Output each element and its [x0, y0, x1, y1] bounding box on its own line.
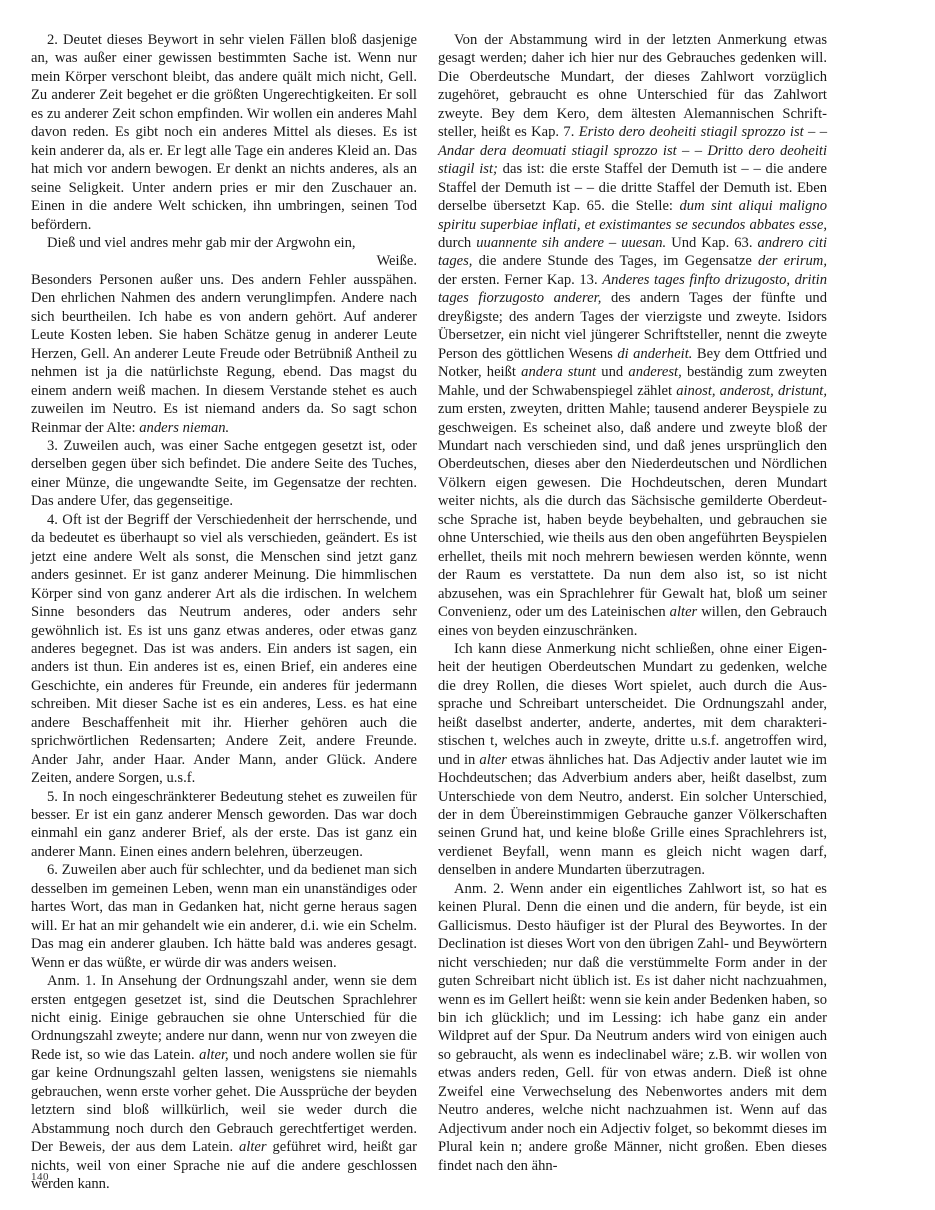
italic-quotation: anderest, — [628, 364, 681, 380]
etymology-paragraph: Von der Abstammung wird in der letzten A… — [438, 31, 827, 640]
verse-quote: Dieß und viel andres mehr gab mir der Ar… — [31, 234, 417, 252]
paragraph-5: 5. In noch eingeschränkterer Bedeutung s… — [31, 788, 417, 862]
quote-text: Dieß und viel andres mehr gab mir der Ar… — [47, 235, 356, 251]
paragraph-4: 4. Oft ist der Begriff der Verschiedenhe… — [31, 511, 417, 788]
paragraph-text: Anm. 2. Wenn ander ein eigentliches Zahl… — [438, 881, 827, 1174]
paragraph-text: Ich kann diese Anmerkung nicht schließen… — [438, 641, 827, 768]
italic-quotation: der erirum, — [758, 253, 827, 269]
paragraph-text: der ersten. Ferner Kap. 13. — [438, 272, 598, 288]
italic-quotation: di anderheit. — [617, 346, 692, 362]
left-column: 2. Deutet dieses Beywort in sehr vielen … — [31, 31, 417, 1194]
paragraph-text: die andere Stunde des Tages, im Gegensat… — [479, 253, 752, 269]
annotation-2: Anm. 2. Wenn ander ein eigentliches Zahl… — [438, 880, 827, 1175]
attribution-text: Weiße. — [376, 253, 417, 269]
italic-quotation: uuannente sih andere – uuesan. — [476, 235, 666, 251]
quote-attribution: Weiße. — [31, 252, 417, 270]
paragraph-text: zum ersten, zwey­ten, dritten Mahle; tau… — [438, 401, 827, 620]
page-number: 140 — [31, 1171, 49, 1183]
paragraph-text: durch — [438, 235, 471, 251]
paragraph-text: 4. Oft ist der Begriff der Verschiedenhe… — [31, 512, 417, 786]
italic-citation: anders nieman. — [139, 420, 229, 436]
italic-term: alter — [479, 752, 507, 768]
right-column: Von der Abstammung wird in der letzten A… — [438, 31, 827, 1175]
italic-quotation: ainost, anderost, dristunt, — [676, 383, 827, 399]
paragraph-text: etwas ähnliches hat. Das Adjectiv ander … — [438, 752, 827, 879]
italic-term: alter — [670, 604, 698, 620]
paragraph-text: Und Kap. 63. — [671, 235, 752, 251]
italic-term: alter, — [199, 1047, 229, 1063]
paragraph-2: 2. Deutet dieses Beywort in sehr vielen … — [31, 31, 417, 234]
paragraph-text: 3. Zuweilen auch, was einer Sache entgeg… — [31, 438, 417, 509]
paragraph-6: 6. Zuweilen aber auch für schlechter, un… — [31, 861, 417, 972]
italic-term: alter — [239, 1139, 267, 1155]
paragraph-text: 2. Deutet dieses Beywort in sehr vielen … — [31, 32, 417, 233]
paragraph-text: und — [601, 364, 623, 380]
paragraph-2-continued: Besonders Personen außer uns. Des andern… — [31, 271, 417, 437]
paragraph-text: 5. In noch eingeschränkterer Bedeutung s… — [31, 789, 417, 860]
paragraph-text: 6. Zuweilen aber auch für schlechter, un… — [31, 862, 417, 970]
dialect-paragraph: Ich kann diese Anmerkung nicht schließen… — [438, 640, 827, 880]
paragraph-3: 3. Zuweilen auch, was einer Sache entgeg… — [31, 437, 417, 511]
italic-quotation: andera stunt — [521, 364, 596, 380]
paragraph-text: Besonders Personen außer uns. Des andern… — [31, 272, 417, 436]
annotation-1: Anm. 1. In Ansehung der Ordnungszahl and… — [31, 972, 417, 1193]
